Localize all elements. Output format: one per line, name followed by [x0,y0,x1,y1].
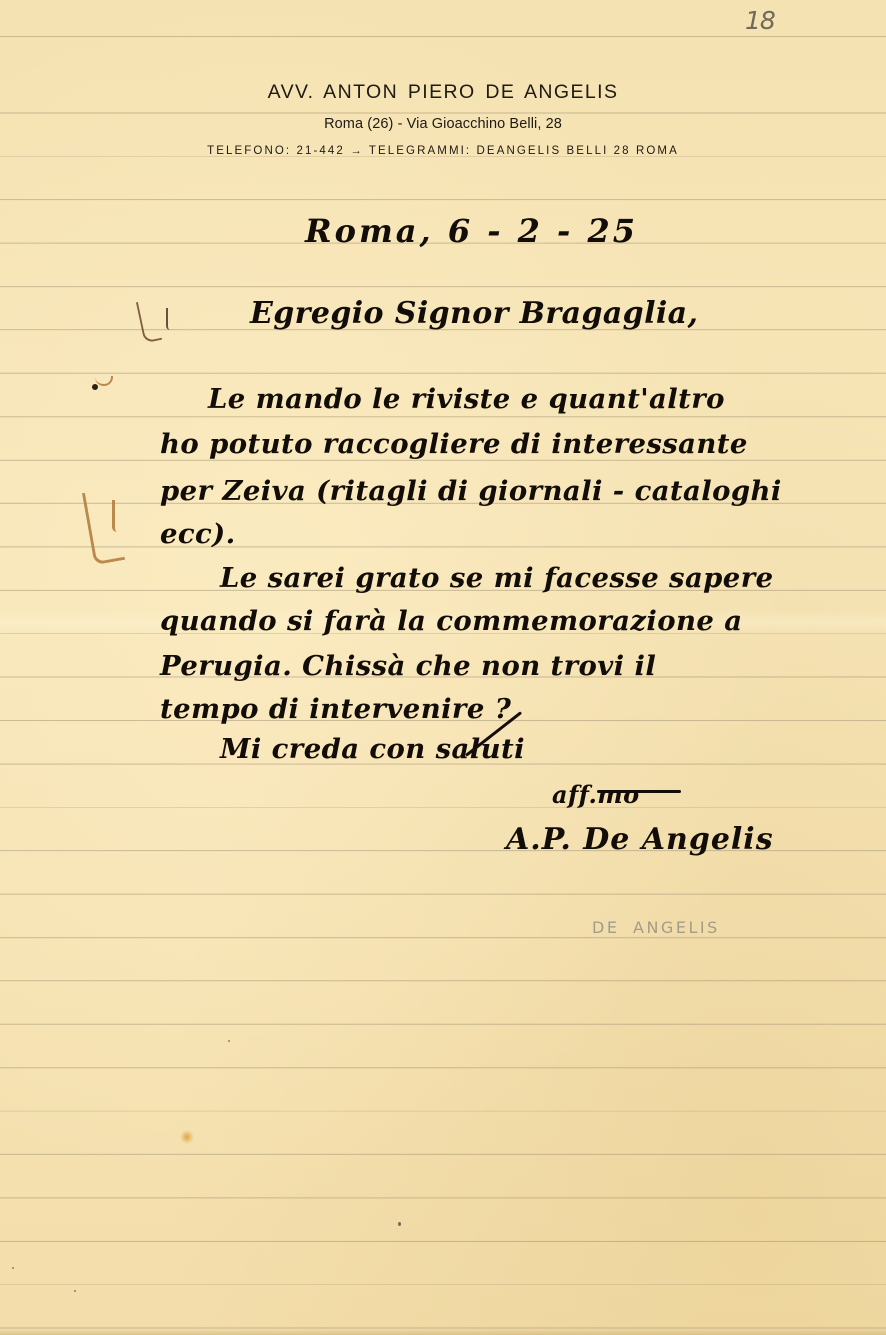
margin-mark [95,376,113,386]
letter-body-line: Perugia. Chissà che non trovi il [160,650,656,682]
letter-body-line: Le sarei grato se mi facesse sapere [220,562,773,594]
paper-speck [398,1222,401,1226]
letterhead-name: AVV. ANTON PIERO DE ANGELIS [0,78,886,106]
margin-mark [136,299,162,344]
letter-signature: A.P. De Angelis [506,822,774,857]
margin-mark [166,308,170,330]
letter-body-line: ho potuto raccogliere di interessante [160,428,748,460]
letter-body-line: ecc). [160,518,236,550]
letter-body-line: per Zeiva (ritagli di giornali - catalog… [160,475,782,507]
closing-underline [597,790,681,793]
letterhead-contacts: TELEFONO: 21-442 → TELEGRAMMI: DEANGELIS… [0,144,886,158]
letter-closing: aff.mo [552,780,640,809]
paper-speck [74,1290,76,1292]
letter-date: Roma, 6 - 2 - 25 [305,212,638,250]
letter-body-line: tempo di intervenire ? [160,693,511,725]
archive-number: 18 [745,6,775,35]
letter-salutation: Egregio Signor Bragaglia, [250,296,698,331]
paper-speck [228,1040,230,1042]
letter-page: 18 AVV. ANTON PIERO DE ANGELIS Roma (26)… [0,0,886,1335]
letter-body-line: Mi creda con saluti [220,733,525,765]
letterhead: AVV. ANTON PIERO DE ANGELIS Roma (26) - … [0,78,886,158]
ink-spot [92,384,98,390]
paper-speck [12,1267,14,1269]
letter-body-line: quando si farà la commemorazione a [160,605,742,637]
pencil-annotation: DE ANGELIS [592,918,720,937]
letter-body-line: Le mando le riviste e quant'altro [208,383,725,415]
letterhead-address: Roma (26) - Via Gioacchino Belli, 28 [0,115,886,133]
margin-mark [82,488,125,565]
paper-edge [0,1329,886,1335]
stain [180,1130,194,1144]
margin-mark [112,500,117,532]
